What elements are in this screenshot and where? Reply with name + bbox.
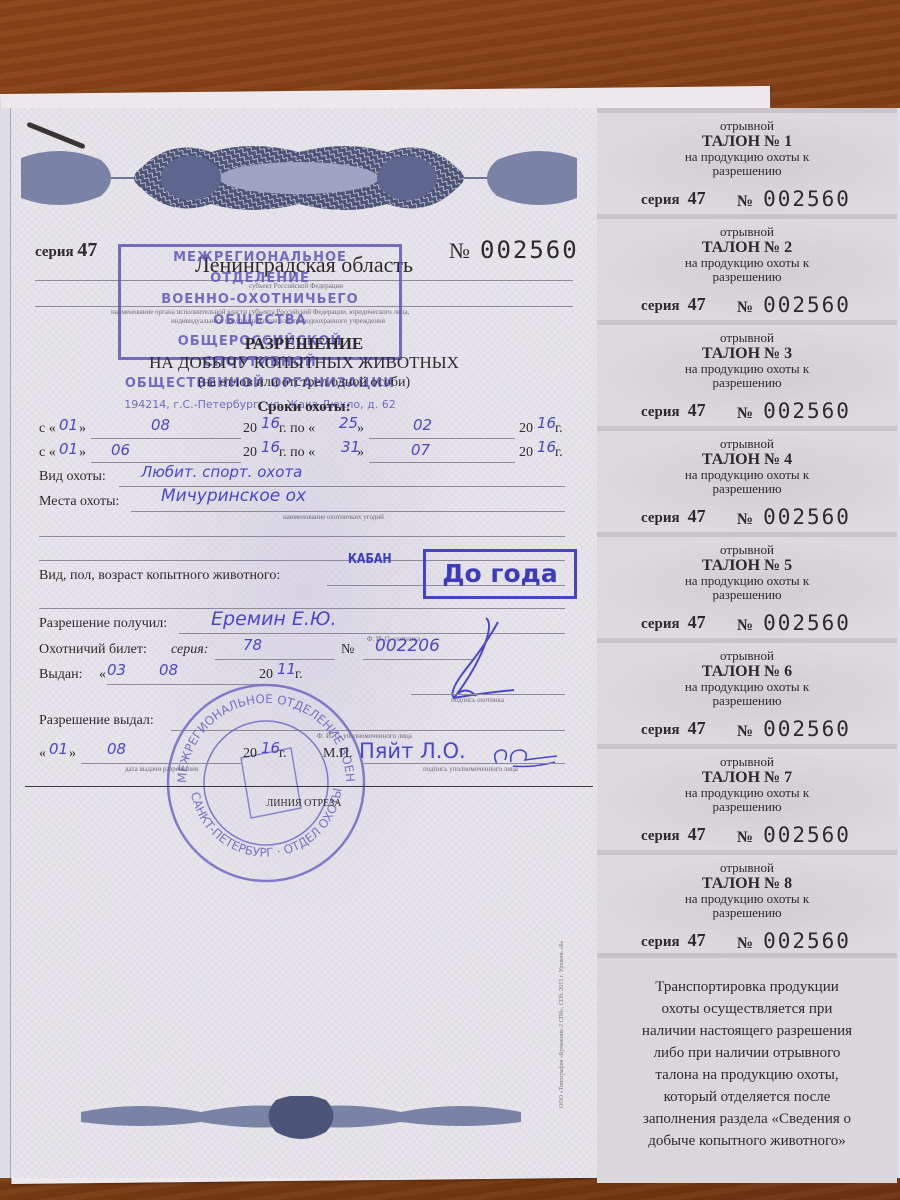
transport-note-line: который отделяется после bbox=[597, 1086, 897, 1108]
transport-note-line: добыче копытного животного» bbox=[597, 1130, 897, 1152]
stub-2[interactable]: отрывной ТАЛОН № 2 на продукцию охоты к … bbox=[597, 214, 897, 323]
quote-open: « bbox=[39, 746, 46, 762]
mp-label: М.П. bbox=[323, 746, 353, 762]
permit-title: РАЗРЕШЕНИЕ bbox=[11, 334, 597, 354]
stub-desc: разрешению bbox=[597, 482, 897, 496]
stub-top-label: отрывной bbox=[597, 119, 897, 133]
quote-close: » bbox=[357, 421, 364, 437]
period-1-from-month: 08 bbox=[151, 416, 170, 434]
line bbox=[369, 462, 515, 463]
stub-8[interactable]: отрывной ТАЛОН № 8 на продукцию охоты к … bbox=[597, 850, 897, 959]
official-name-stamp: Пяйт Л.О. bbox=[359, 739, 466, 763]
permit-title-line2: НА ДОБЫЧУ КОПЫТНЫХ ЖИВОТНЫХ bbox=[11, 353, 597, 373]
hunting-terms-label: Сроки охоты: bbox=[11, 399, 597, 416]
stub-1[interactable]: отрывной ТАЛОН № 1 на продукцию охоты к … bbox=[597, 108, 897, 217]
stub-top-label: отрывной bbox=[597, 755, 897, 769]
age-stamp: До года bbox=[423, 549, 577, 599]
permit-main-section: серия 47 №002560 Ленинградская область с… bbox=[10, 108, 598, 1178]
stub-3[interactable]: отрывной ТАЛОН № 3 на продукцию охоты к … bbox=[597, 320, 897, 429]
line bbox=[215, 659, 335, 660]
permit-date-day: 01 bbox=[49, 740, 68, 758]
stub-series: серия47 bbox=[641, 612, 706, 633]
permit-date-month: 08 bbox=[107, 740, 126, 758]
period-1-to-day: 25 bbox=[339, 414, 358, 432]
year-suffix: г. bbox=[279, 746, 287, 762]
hunt-place-label: Места охоты: bbox=[39, 494, 119, 510]
hunter-signature-caption: подпись охотника bbox=[451, 696, 504, 704]
permit-subtitle: (на отлов или отстрел одной особи) bbox=[11, 375, 597, 391]
issued-month: 08 bbox=[159, 661, 178, 679]
issued-year: 11 bbox=[277, 660, 296, 678]
line bbox=[91, 438, 241, 439]
hunting-permit-sheet: серия 47 №002560 Ленинградская область с… bbox=[0, 108, 900, 1178]
quote-close: » bbox=[357, 445, 364, 461]
stub-title: ТАЛОН № 4 bbox=[597, 451, 897, 468]
stub-desc: разрешению bbox=[597, 270, 897, 284]
period-2-to-month: 07 bbox=[411, 441, 430, 459]
line bbox=[361, 763, 565, 764]
guilloche-bottom-ornament-icon bbox=[61, 1096, 541, 1146]
stub-desc: разрешению bbox=[597, 376, 897, 390]
stub-top-label: отрывной bbox=[597, 649, 897, 663]
ticket-label: Охотничий билет: bbox=[39, 642, 147, 658]
stub-desc: разрешению bbox=[597, 800, 897, 814]
stub-number: №002560 bbox=[737, 505, 851, 529]
stub-number: №002560 bbox=[737, 611, 851, 635]
stub-title: ТАЛОН № 6 bbox=[597, 663, 897, 680]
permit-date-caption: дата выдачи разрешения bbox=[125, 765, 198, 773]
line bbox=[411, 694, 565, 695]
stub-top-label: отрывной bbox=[597, 331, 897, 345]
stub-desc: на продукцию охоты к bbox=[597, 680, 897, 694]
transport-note-line: наличии настоящего разрешения bbox=[597, 1020, 897, 1042]
guilloche-ornament-icon bbox=[21, 138, 577, 218]
line bbox=[39, 536, 565, 537]
stub-desc: разрешению bbox=[597, 694, 897, 708]
quote-close: » bbox=[69, 746, 76, 762]
period-1-to-year: 16 bbox=[537, 414, 556, 432]
year-prefix: 20 bbox=[519, 421, 533, 437]
stub-desc: разрешению bbox=[597, 906, 897, 920]
stub-title: ТАЛОН № 3 bbox=[597, 345, 897, 362]
hunt-type-value: Любит. спорт. охота bbox=[141, 463, 302, 481]
year-suffix: г. bbox=[555, 421, 563, 437]
stub-number: №002560 bbox=[737, 187, 851, 211]
ticket-series-value: 78 bbox=[243, 636, 262, 654]
period-2-from-month: 06 bbox=[111, 441, 130, 459]
printer-imprint: ООО «Типография «Бумажник-2 СПб», СПб. 2… bbox=[559, 940, 565, 1108]
cut-line-label: ЛИНИЯ ОТРЕЗА bbox=[11, 798, 597, 809]
transport-note-line: Транспортировка продукции bbox=[597, 976, 897, 998]
hunt-place-value: Мичуринское ох bbox=[161, 486, 306, 506]
hunter-signature-icon bbox=[436, 614, 516, 704]
tear-off-stubs: отрывной ТАЛОН № 1 на продукцию охоты к … bbox=[597, 108, 900, 1178]
stub-desc: на продукцию охоты к bbox=[597, 786, 897, 800]
line bbox=[81, 763, 241, 764]
stub-series: серия47 bbox=[641, 188, 706, 209]
stub-number: №002560 bbox=[737, 717, 851, 741]
received-label: Разрешение получил: bbox=[39, 616, 167, 632]
period-2-from-prefix: с « bbox=[39, 445, 56, 461]
hunt-place-caption: наименование охотничьих угодий bbox=[283, 513, 384, 521]
stub-series: серия47 bbox=[641, 718, 706, 739]
transport-note-line: либо при наличии отрывного bbox=[597, 1042, 897, 1064]
line bbox=[369, 438, 515, 439]
stub-title: ТАЛОН № 1 bbox=[597, 133, 897, 150]
official-signature-caption: подпись уполномоченного лица bbox=[423, 765, 518, 773]
period-mid: г. по « bbox=[279, 445, 315, 461]
animal-label: Вид, пол, возраст копытного животного: bbox=[39, 568, 280, 584]
stub-desc: разрешению bbox=[597, 164, 897, 178]
period-mid: г. по « bbox=[279, 421, 315, 437]
animal-stamp: КАБАН bbox=[348, 552, 392, 567]
issued-by-label: Разрешение выдал: bbox=[39, 713, 154, 729]
year-prefix: 20 bbox=[243, 421, 257, 437]
cut-line bbox=[25, 786, 593, 787]
hunt-type-label: Вид охоты: bbox=[39, 469, 106, 485]
issued-day: 03 bbox=[107, 661, 126, 679]
stub-title: ТАЛОН № 2 bbox=[597, 239, 897, 256]
stub-6[interactable]: отрывной ТАЛОН № 6 на продукцию охоты к … bbox=[597, 638, 897, 747]
stub-number: №002560 bbox=[737, 929, 851, 953]
transport-note-line: охоты осуществляется при bbox=[597, 998, 897, 1020]
quote-close: » bbox=[79, 421, 86, 437]
ticket-number-label: № bbox=[341, 642, 354, 658]
period-1-from-prefix: с « bbox=[39, 421, 56, 437]
period-2-to-year: 16 bbox=[537, 438, 556, 456]
stub-series: серия47 bbox=[641, 824, 706, 845]
ticket-number-value: 002206 bbox=[375, 636, 440, 656]
stub-desc: на продукцию охоты к bbox=[597, 468, 897, 482]
stub-5[interactable]: отрывной ТАЛОН № 5 на продукцию охоты к … bbox=[597, 532, 897, 641]
stub-desc: на продукцию охоты к bbox=[597, 574, 897, 588]
transport-note: Транспортировка продукции охоты осуществ… bbox=[597, 953, 897, 1183]
stub-desc: на продукцию охоты к bbox=[597, 362, 897, 376]
year-suffix: г. bbox=[555, 445, 563, 461]
stub-series: серия47 bbox=[641, 930, 706, 951]
stub-desc: на продукцию охоты к bbox=[597, 150, 897, 164]
stub-top-label: отрывной bbox=[597, 861, 897, 875]
transport-note-line: талона на продукцию охоты, bbox=[597, 1064, 897, 1086]
period-1-from-day: 01 bbox=[59, 416, 78, 434]
stub-number: №002560 bbox=[737, 399, 851, 423]
ticket-series-label: серия: bbox=[171, 642, 208, 658]
issued-label: Выдан: bbox=[39, 667, 82, 683]
period-2-from-year: 16 bbox=[261, 438, 280, 456]
line bbox=[131, 511, 565, 512]
stub-series: серия47 bbox=[641, 400, 706, 421]
stub-top-label: отрывной bbox=[597, 543, 897, 557]
quote-open: « bbox=[99, 667, 106, 683]
stub-desc: на продукцию охоты к bbox=[597, 256, 897, 270]
year-prefix: 20 bbox=[519, 445, 533, 461]
stub-top-label: отрывной bbox=[597, 437, 897, 451]
year-prefix: 20 bbox=[243, 445, 257, 461]
stub-top-label: отрывной bbox=[597, 225, 897, 239]
received-value: Еремин Е.Ю. bbox=[211, 608, 337, 630]
stub-4[interactable]: отрывной ТАЛОН № 4 на продукцию охоты к … bbox=[597, 426, 897, 535]
stub-desc: на продукцию охоты к bbox=[597, 892, 897, 906]
stub-title: ТАЛОН № 8 bbox=[597, 875, 897, 892]
stub-number: №002560 bbox=[737, 293, 851, 317]
stub-series: серия47 bbox=[641, 294, 706, 315]
transport-note-line: заполнения раздела «Сведения о bbox=[597, 1108, 897, 1130]
period-2-from-day: 01 bbox=[59, 440, 78, 458]
quote-close: » bbox=[79, 445, 86, 461]
stub-7[interactable]: отрывной ТАЛОН № 7 на продукцию охоты к … bbox=[597, 744, 897, 853]
stub-number: №002560 bbox=[737, 823, 851, 847]
stub-series: серия47 bbox=[641, 506, 706, 527]
period-1-from-year: 16 bbox=[261, 414, 280, 432]
permit-date-year: 16 bbox=[261, 739, 280, 757]
year-prefix: 20 bbox=[243, 746, 257, 762]
round-seal-stamp-icon: МЕЖРЕГИОНАЛЬНОЕ ОТДЕЛЕНИЕ ВОЕННО-ОХОТНИЧ… bbox=[161, 678, 371, 888]
period-1-to-month: 02 bbox=[413, 416, 432, 434]
stub-desc: разрешению bbox=[597, 588, 897, 602]
stub-title: ТАЛОН № 7 bbox=[597, 769, 897, 786]
stub-title: ТАЛОН № 5 bbox=[597, 557, 897, 574]
